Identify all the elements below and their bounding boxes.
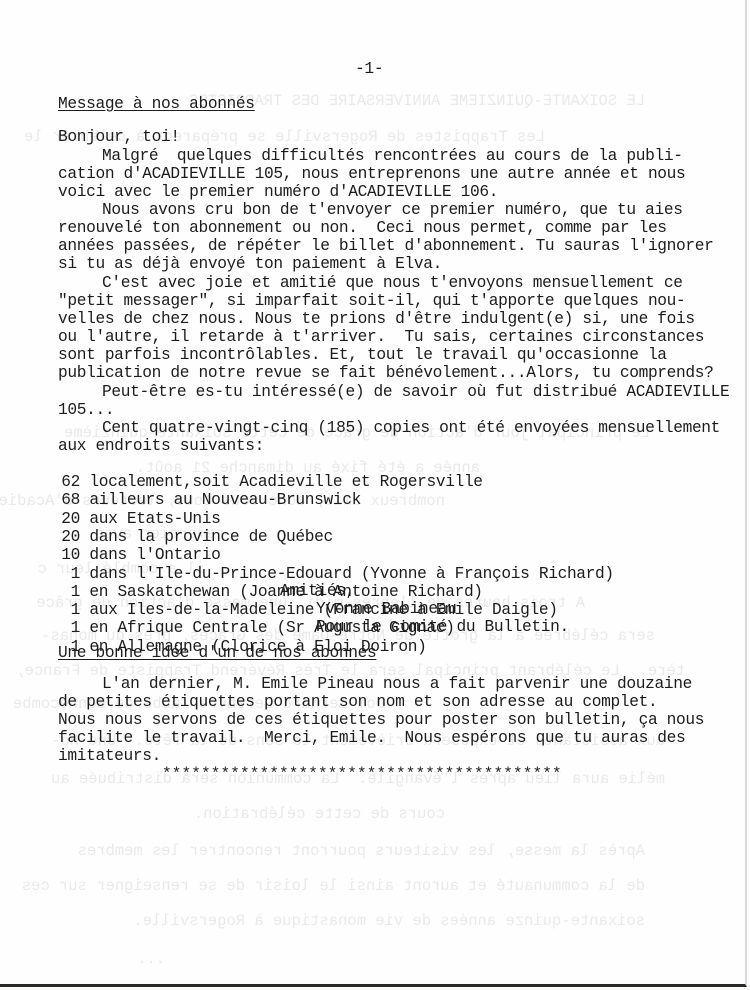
paragraph-line: Nous nous servons de ces étiquettes pour… — [58, 711, 704, 729]
paragraph-line: Cent quatre-vingt-cinq (185) copies ont … — [58, 419, 720, 437]
paragraph-line: Nous avons cru bon de t'envoyer ce premi… — [58, 201, 683, 219]
paragraph-line: C'est avec joie et amitié que nous t'env… — [58, 274, 683, 292]
distribution-item: 10 dans l'Ontario — [58, 546, 220, 564]
distribution-item: 68 ailleurs au Nouveau-Brunswick — [58, 491, 361, 509]
paragraph-line: voici avec le premier numéro d'ACADIEVIL… — [58, 183, 498, 201]
paragraph-line: Malgré quelques difficultés rencontrées … — [58, 147, 683, 165]
paragraph-line: renouvelé ton abonnement ou non. Ceci no… — [58, 219, 667, 237]
paragraph-line: facilite le travail. Merci, Emile. Nous … — [58, 729, 685, 747]
paragraph-line: aux endroits suivants: — [58, 437, 264, 455]
distribution-place: localement,soit Acadieville et Rogersvil… — [89, 473, 482, 491]
paragraph-line: cation d'ACADIEVILLE 105, nous entrepren… — [58, 165, 685, 183]
distribution-count: 20 — [58, 528, 80, 546]
distribution-item: 1 dans l'Ile-du-Prince-Edouard (Yvonne à… — [58, 565, 614, 583]
paragraph-line: 105... — [58, 401, 114, 419]
paragraph-line: publication de notre revue se fait bénév… — [58, 364, 714, 382]
greeting: Bonjour, toi! — [58, 128, 180, 146]
paragraph-line: de petites étiquettes portant son nom et… — [58, 693, 657, 711]
signature-closing: Amitiés, — [280, 582, 355, 600]
distribution-count: 20 — [58, 510, 80, 528]
bleed-line: soixante-quinze années de vie monastique… — [133, 912, 645, 930]
distribution-place: aux Etats-Unis — [89, 510, 220, 528]
paragraph-line: L'an dernier, M. Emile Pineau nous a fai… — [58, 675, 692, 693]
distribution-item: 20 dans la province de Québec — [58, 528, 333, 546]
page-number: -1- — [355, 60, 383, 78]
paragraph-line: velles de chez nous. Nous te prions d'êt… — [58, 310, 695, 328]
distribution-item: 1 aux Iles-de-la-Madeleine (Francine à E… — [58, 601, 558, 619]
document-page: LE SOIXANTE-QUINZIEME ANNIVERSAIRE DES T… — [0, 0, 747, 987]
bleed-line: de la communauté et auront ainsi le lois… — [22, 877, 645, 895]
distribution-count: 1 — [58, 601, 80, 619]
distribution-place: dans l'Ile-du-Prince-Edouard (Yvonne à F… — [89, 565, 613, 583]
distribution-place: dans l'Ontario — [89, 546, 220, 564]
distribution-count: 1 — [58, 565, 80, 583]
distribution-count: 68 — [58, 491, 80, 509]
distribution-count: 1 — [58, 583, 80, 601]
distribution-item: 62 localement,soit Acadieville et Rogers… — [58, 473, 483, 491]
separator-asterisks: ****************************************… — [162, 765, 562, 783]
distribution-count: 1 — [58, 619, 80, 637]
signature-name: Yvonne Babineau — [316, 600, 456, 618]
bleed-line: Après la messe, les visiteurs pourront r… — [78, 842, 645, 860]
bleed-line: ... — [137, 950, 165, 968]
section-heading-message: Message à nos abonnés — [58, 95, 255, 113]
paragraph-line: ou l'autre, il retarde à t'arriver. Tu s… — [58, 328, 704, 346]
bleed-line: LE SOIXANTE-QUINZIEME ANNIVERSAIRE DES T… — [189, 92, 645, 110]
distribution-item: 1 en Saskatchewan (Joanne à Antoine Rich… — [58, 583, 483, 601]
paragraph-line: années passées, de répéter le billet d'a… — [58, 237, 714, 255]
distribution-item: 20 aux Etats-Unis — [58, 510, 220, 528]
distribution-count: 62 — [58, 473, 80, 491]
paragraph-line: "petit messager", si imparfait soit-il, … — [58, 292, 685, 310]
distribution-place: dans la province de Québec — [89, 528, 332, 546]
bleed-line: cours de cette célébration. — [194, 805, 445, 823]
paragraph-line: imitateurs. — [58, 747, 161, 765]
paragraph-line: Peut-être es-tu intéressé(e) de savoir o… — [58, 383, 729, 401]
section-heading-idea: Une bonne idée d'un de nos abonnés — [58, 644, 376, 662]
paragraph-line: si tu as déjà envoyé ton paiement à Elva… — [58, 255, 442, 273]
distribution-count: 10 — [58, 546, 80, 564]
signature-role: Pour le comité du Bulletin. — [316, 618, 569, 636]
paragraph-line: sont parfois incontrôlables. Et, tout le… — [58, 346, 667, 364]
distribution-place: ailleurs au Nouveau-Brunswick — [89, 491, 361, 509]
